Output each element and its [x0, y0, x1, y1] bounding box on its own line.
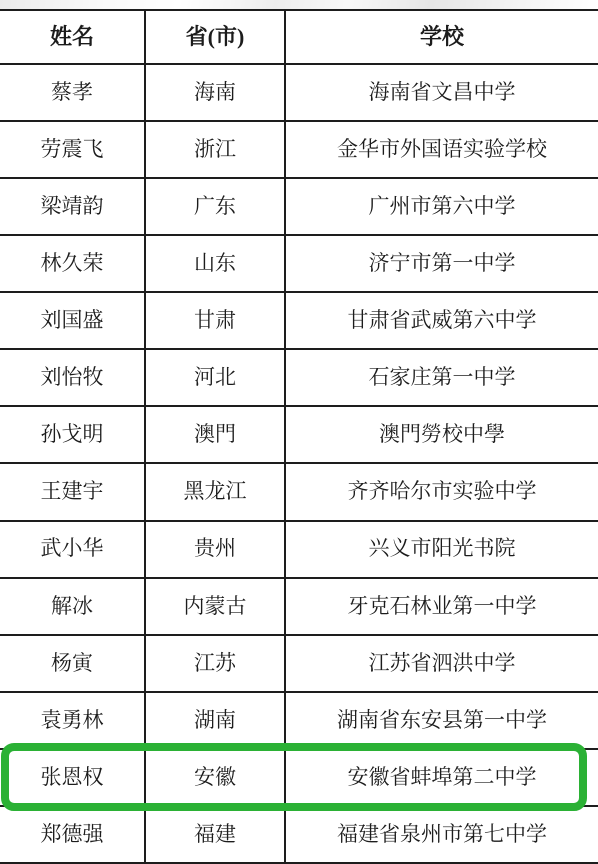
table-row: 梁靖韵 广东 广州市第六中学	[0, 178, 598, 235]
cell-province: 甘肃	[145, 292, 285, 349]
cell-name: 刘国盛	[0, 292, 145, 349]
cell-province: 浙江	[145, 121, 285, 178]
cell-school: 福建省泉州市第七中学	[285, 806, 598, 863]
cell-name: 王建宇	[0, 463, 145, 520]
cell-province: 广东	[145, 178, 285, 235]
cell-school: 石家庄第一中学	[285, 349, 598, 406]
cell-name: 张恩权	[0, 749, 145, 806]
table-header-row: 姓名 省(市) 学校	[0, 10, 598, 64]
cell-province: 江苏	[145, 635, 285, 692]
table-row: 杨寅 江苏 江苏省泗洪中学	[0, 635, 598, 692]
cell-school: 兴义市阳光书院	[285, 521, 598, 578]
cell-name: 刘怡牧	[0, 349, 145, 406]
table-row: 孙戈明 澳門 澳門勞校中學	[0, 406, 598, 463]
column-header-province: 省(市)	[145, 10, 285, 64]
cell-school: 齐齐哈尔市实验中学	[285, 463, 598, 520]
document-page: 姓名 省(市) 学校 蔡孝 海南 海南省文昌中学 劳震飞 浙江 金华市外国语实验…	[0, 0, 598, 864]
table-row: 郑德强 福建 福建省泉州市第七中学	[0, 806, 598, 863]
table-row: 袁勇林 湖南 湖南省东安县第一中学	[0, 692, 598, 749]
cell-school: 广州市第六中学	[285, 178, 598, 235]
table-row: 王建宇 黑龙江 齐齐哈尔市实验中学	[0, 463, 598, 520]
cell-school: 安徽省蚌埠第二中学	[285, 749, 598, 806]
cell-province: 山东	[145, 235, 285, 292]
column-header-name: 姓名	[0, 10, 145, 64]
table-row: 劳震飞 浙江 金华市外国语实验学校	[0, 121, 598, 178]
cell-school: 牙克石林业第一中学	[285, 578, 598, 635]
cell-school: 海南省文昌中学	[285, 64, 598, 121]
cell-name: 袁勇林	[0, 692, 145, 749]
cell-province: 福建	[145, 806, 285, 863]
cell-school: 澳門勞校中學	[285, 406, 598, 463]
cell-province: 贵州	[145, 521, 285, 578]
table-row: 林久荣 山东 济宁市第一中学	[0, 235, 598, 292]
cell-name: 解冰	[0, 578, 145, 635]
cell-province: 内蒙古	[145, 578, 285, 635]
table-row: 解冰 内蒙古 牙克石林业第一中学	[0, 578, 598, 635]
cell-province: 澳門	[145, 406, 285, 463]
scan-artifact-top	[0, 0, 598, 9]
table-row: 刘怡牧 河北 石家庄第一中学	[0, 349, 598, 406]
cell-name: 武小华	[0, 521, 145, 578]
cell-province: 黑龙江	[145, 463, 285, 520]
cell-school: 甘肃省武威第六中学	[285, 292, 598, 349]
cell-name: 劳震飞	[0, 121, 145, 178]
cell-province: 安徽	[145, 749, 285, 806]
cell-province: 海南	[145, 64, 285, 121]
cell-name: 杨寅	[0, 635, 145, 692]
table-row: 刘国盛 甘肃 甘肃省武威第六中学	[0, 292, 598, 349]
column-header-school: 学校	[285, 10, 598, 64]
cell-province: 湖南	[145, 692, 285, 749]
table-row: 张恩权 安徽 安徽省蚌埠第二中学	[0, 749, 598, 806]
cell-name: 蔡孝	[0, 64, 145, 121]
cell-school: 江苏省泗洪中学	[285, 635, 598, 692]
table-row: 蔡孝 海南 海南省文昌中学	[0, 64, 598, 121]
cell-name: 孙戈明	[0, 406, 145, 463]
cell-school: 金华市外国语实验学校	[285, 121, 598, 178]
cell-name: 林久荣	[0, 235, 145, 292]
table-row: 武小华 贵州 兴义市阳光书院	[0, 521, 598, 578]
cell-name: 郑德强	[0, 806, 145, 863]
cell-school: 湖南省东安县第一中学	[285, 692, 598, 749]
cell-name: 梁靖韵	[0, 178, 145, 235]
roster-table: 姓名 省(市) 学校 蔡孝 海南 海南省文昌中学 劳震飞 浙江 金华市外国语实验…	[0, 9, 598, 864]
cell-school: 济宁市第一中学	[285, 235, 598, 292]
cell-province: 河北	[145, 349, 285, 406]
